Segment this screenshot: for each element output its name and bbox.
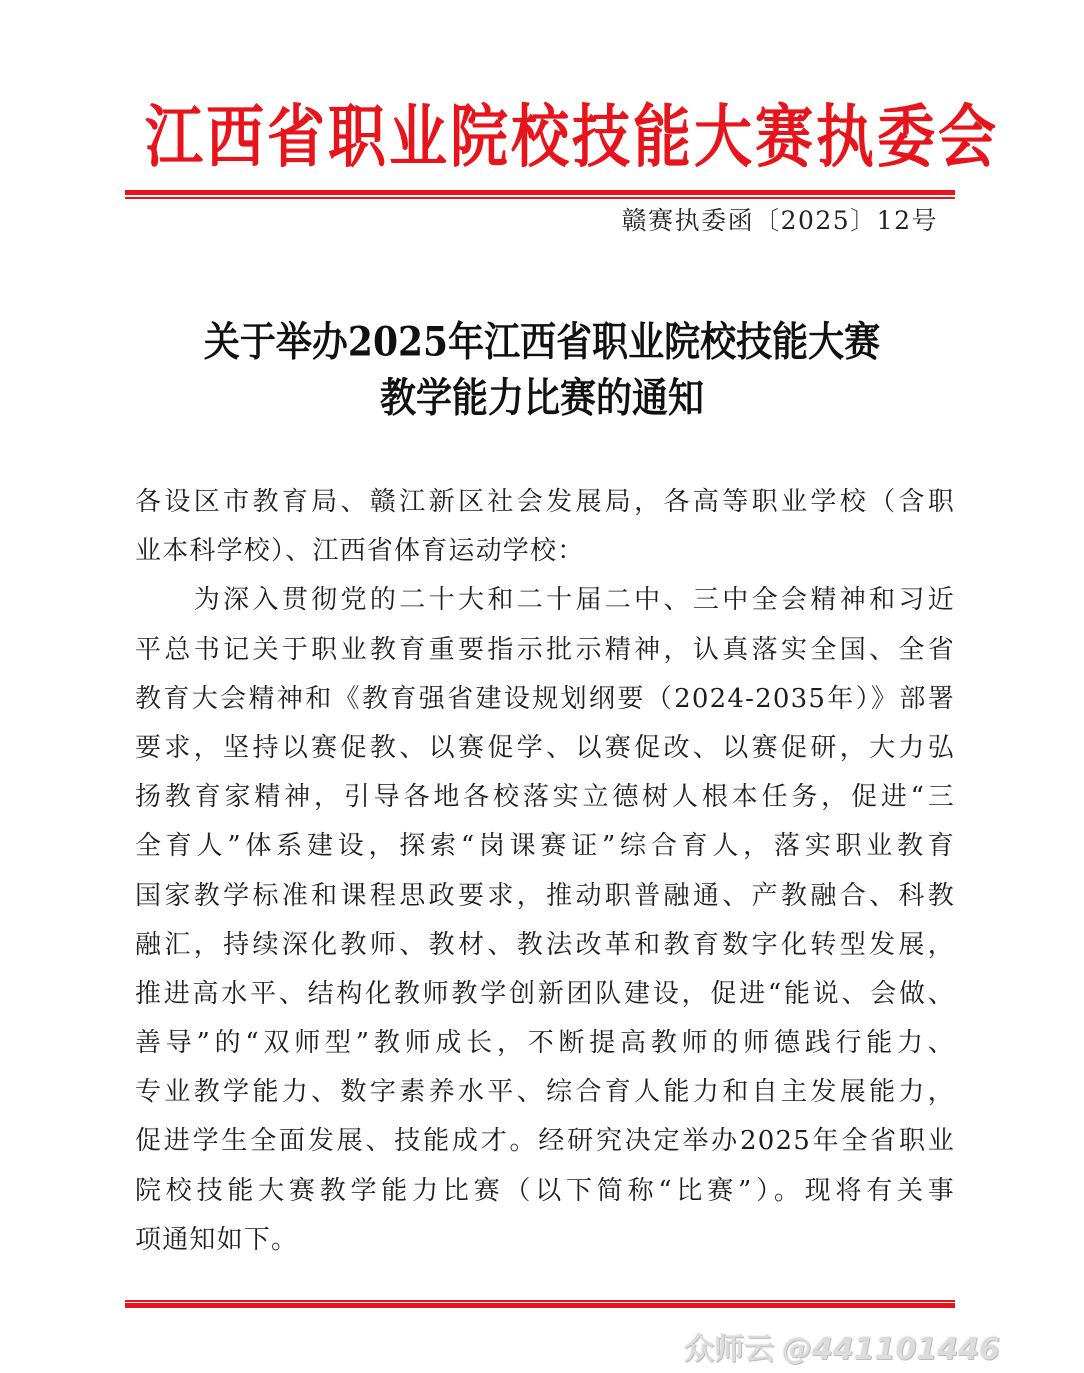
body-line: 全育人”体系建设，探索“岗课赛证”综合育人，落实职业教育 xyxy=(135,822,955,871)
document-number: 赣赛执委函〔2025〕12号 xyxy=(622,204,938,238)
watermark: 众师云@441101446 xyxy=(684,1330,1000,1370)
notice-body: 各设区市教育局、赣江新区社会发展局，各高等职业学校（含职 业本科学校）、江西省体… xyxy=(135,478,955,1265)
body-line: 要求，坚持以赛促教、以赛促学、以赛促改、以赛促研，大力弘 xyxy=(135,724,955,773)
body-line: 为深入贯彻党的二十大和二十届二中、三中全会精神和习近 xyxy=(135,576,955,625)
body-line: 促进学生全面发展、技能成才。经研究决定举办2025年全省职业 xyxy=(135,1117,955,1166)
notice-title-line-2-text: 教学能力比赛的通知 xyxy=(380,371,704,425)
body-line: 项通知如下。 xyxy=(135,1216,955,1265)
watermark-brand: 众师云 xyxy=(684,1332,774,1367)
body-line: 推进高水平、结构化教师教学创新团队建设，促进“能说、会做、 xyxy=(135,970,955,1019)
body-line: 院校技能大赛教学能力比赛（以下简称“比赛”）。现将有关事 xyxy=(135,1167,955,1216)
letterhead-organization: 江西省职业院校技能大赛执委会 xyxy=(145,92,950,182)
notice-title-line-1: 关于举办2025年江西省职业院校技能大赛 xyxy=(0,318,1084,366)
body-line: 各设区市教育局、赣江新区社会发展局，各高等职业学校（含职 xyxy=(135,478,955,527)
body-line: 专业教学能力、数字素养水平、综合育人能力和自主发展能力， xyxy=(135,1068,955,1117)
body-line: 国家教学标准和课程思政要求，推动职普融通、产教融合、科教 xyxy=(135,872,955,921)
letterhead-rule-thick xyxy=(125,190,955,195)
body-line: 业本科学校）、江西省体育运动学校： xyxy=(135,527,955,576)
body-line: 教育大会精神和《教育强省建设规划纲要（2024-2035年）》部署 xyxy=(135,675,955,724)
body-line: 善导”的“双师型”教师成长，不断提高教师的师德践行能力、 xyxy=(135,1019,955,1068)
body-line: 融汇，持续深化教师、教材、教法改革和教育数字化转型发展， xyxy=(135,921,955,970)
notice-title-line-1-text: 关于举办2025年江西省职业院校技能大赛 xyxy=(204,315,880,369)
footer-rule-thick xyxy=(125,1303,955,1308)
footer-rule-thin xyxy=(125,1300,955,1302)
watermark-handle: @441101446 xyxy=(782,1332,1000,1367)
letterhead-rule-thin xyxy=(125,197,955,199)
letterhead-organization-text: 江西省职业院校技能大赛执委会 xyxy=(145,84,999,190)
body-line: 平总书记关于职业教育重要指示批示精神，认真落实全国、全省 xyxy=(135,626,955,675)
notice-title-line-2: 教学能力比赛的通知 xyxy=(0,374,1084,422)
body-line: 扬教育家精神，引导各地各校落实立德树人根本任务，促进“三 xyxy=(135,773,955,822)
